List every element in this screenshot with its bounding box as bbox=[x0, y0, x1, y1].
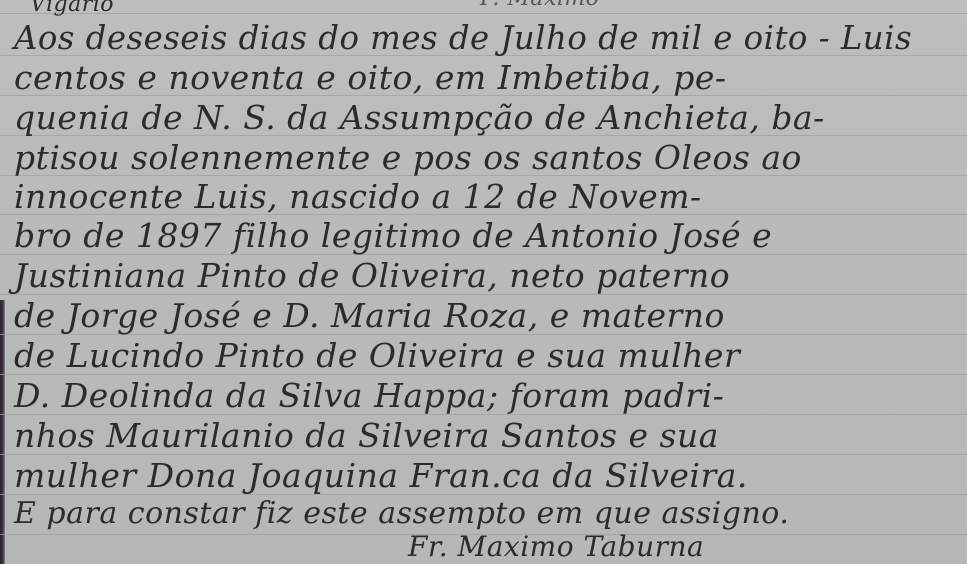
record-line-8: de Jorge José e D. Maria Roza, e materno bbox=[14, 296, 725, 335]
record-line-4: ptisou solennemente e pos os santos Oleo… bbox=[14, 138, 802, 177]
record-line-2: centos e noventa e oito, em Imbetiba, pe… bbox=[14, 58, 727, 97]
book-binding-edge bbox=[0, 300, 5, 564]
header-fragment: Vigario bbox=[30, 0, 114, 17]
ruled-line bbox=[0, 13, 967, 14]
scanned-register-page: Vigario F. Maximo Aos deseseis dias do m… bbox=[0, 0, 967, 564]
record-line-12: mulher Dona Joaquina Fran.ca da Silveira… bbox=[14, 456, 748, 495]
record-line-9: de Lucindo Pinto de Oliveira e sua mulhe… bbox=[14, 336, 740, 375]
top-fragment: F. Maximo bbox=[480, 0, 600, 11]
record-line-7: Justiniana Pinto de Oliveira, neto pater… bbox=[14, 256, 730, 295]
record-line-11: nhos Maurilanio da Silveira Santos e sua bbox=[14, 416, 719, 455]
record-line-6: bro de 1897 filho legitimo de Antonio Jo… bbox=[14, 216, 772, 255]
record-line-5: innocente Luis, nascido a 12 de Novem- bbox=[14, 177, 702, 216]
record-line-3: quenia de N. S. da Assumpção de Anchieta… bbox=[14, 98, 825, 137]
record-line-10: D. Deolinda da Silva Happa; foram padri- bbox=[14, 376, 724, 415]
record-line-1: Aos deseseis dias do mes de Julho de mil… bbox=[14, 18, 912, 57]
record-line-13: E para constar fiz este assempto em que … bbox=[14, 496, 789, 531]
priest-signature: Fr. Maximo Taburna bbox=[408, 530, 704, 563]
